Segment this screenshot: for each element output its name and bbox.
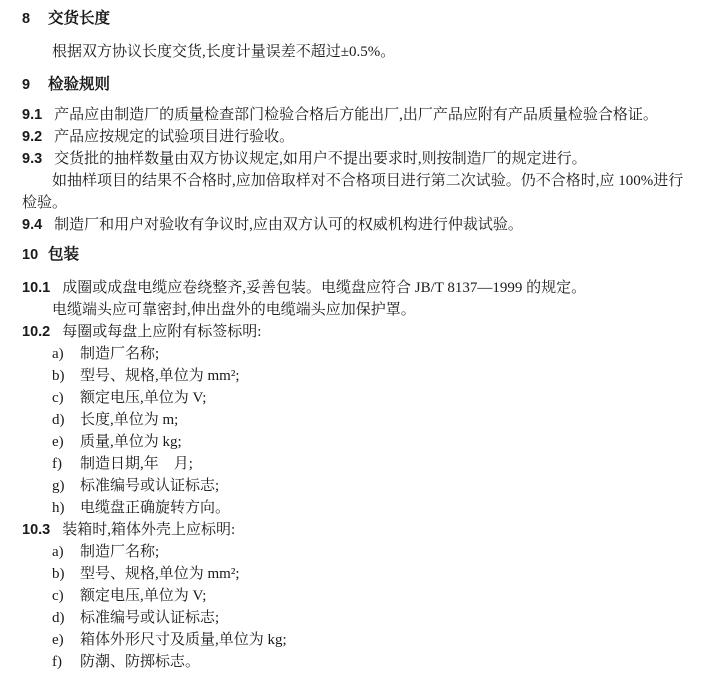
list-item: c) 额定电压,单位为 V; bbox=[22, 585, 697, 607]
clause-text: 制造厂和用户对验收有争议时,应由双方认可的权威机构进行仲裁试验。 bbox=[54, 214, 697, 236]
list-item-letter: g) bbox=[52, 475, 80, 497]
list-item-letter: h) bbox=[52, 497, 80, 519]
clause-number: 9.1 bbox=[22, 104, 42, 126]
list-item: b) 型号、规格,单位为 mm²; bbox=[22, 563, 697, 585]
list-item-text: 长度,单位为 m; bbox=[80, 409, 178, 431]
list-item-letter: b) bbox=[52, 563, 80, 585]
list-item-letter: d) bbox=[52, 409, 80, 431]
list-item-letter: f) bbox=[52, 453, 80, 475]
list-item-text: 质量,单位为 kg; bbox=[80, 431, 182, 453]
list-item: a) 制造厂名称; bbox=[22, 343, 697, 365]
list-item-letter: c) bbox=[52, 585, 80, 607]
list-item-text: 制造厂名称; bbox=[80, 343, 159, 365]
section-number: 8 bbox=[22, 8, 48, 30]
list-item-letter: a) bbox=[52, 541, 80, 563]
list-item-text: 电缆盘正确旋转方向。 bbox=[80, 497, 230, 519]
list-item-text: 型号、规格,单位为 mm²; bbox=[80, 365, 240, 387]
list-item-letter: a) bbox=[52, 343, 80, 365]
list-item: c) 额定电压,单位为 V; bbox=[22, 387, 697, 409]
paragraph: 根据双方协议长度交货,长度计量误差不超过±0.5%。 bbox=[22, 41, 697, 63]
clause: 9.1 产品应由制造厂的质量检查部门检验合格后方能出厂,出厂产品应附有产品质量检… bbox=[22, 104, 697, 126]
list-item: f) 制造日期,年 月; bbox=[22, 453, 697, 475]
clause-text: 产品应按规定的试验项目进行验收。 bbox=[54, 126, 697, 148]
list-item-text: 额定电压,单位为 V; bbox=[80, 387, 206, 409]
clause-text: 每圈或每盘上应附有标签标明: bbox=[62, 321, 697, 343]
list-item-letter: c) bbox=[52, 387, 80, 409]
list-item: a) 制造厂名称; bbox=[22, 541, 697, 563]
list-item: e) 箱体外形尺寸及质量,单位为 kg; bbox=[22, 629, 697, 651]
list-item-letter: f) bbox=[52, 651, 80, 673]
list-item-letter: b) bbox=[52, 365, 80, 387]
list-item-text: 型号、规格,单位为 mm²; bbox=[80, 563, 240, 585]
section-number: 10 bbox=[22, 244, 48, 266]
section-title: 交货长度 bbox=[48, 8, 110, 30]
section-title: 包装 bbox=[48, 244, 79, 266]
list-item: d) 标准编号或认证标志; bbox=[22, 607, 697, 629]
list-item: b) 型号、规格,单位为 mm²; bbox=[22, 365, 697, 387]
clause-text: 装箱时,箱体外壳上应标明: bbox=[62, 519, 697, 541]
list-item: e) 质量,单位为 kg; bbox=[22, 431, 697, 453]
clause-number: 10.3 bbox=[22, 519, 50, 541]
list-item: f) 防潮、防掷标志。 bbox=[22, 651, 697, 673]
clause-text: 产品应由制造厂的质量检查部门检验合格后方能出厂,出厂产品应附有产品质量检验合格证… bbox=[54, 104, 697, 126]
document-page: 8 交货长度 根据双方协议长度交货,长度计量误差不超过±0.5%。 9 检验规则… bbox=[0, 0, 719, 673]
list-item: g) 标准编号或认证标志; bbox=[22, 475, 697, 497]
list-item-text: 箱体外形尺寸及质量,单位为 kg; bbox=[80, 629, 287, 651]
clause-number: 9.2 bbox=[22, 126, 42, 148]
list-item-text: 标准编号或认证标志; bbox=[80, 607, 219, 629]
list-item-text: 额定电压,单位为 V; bbox=[80, 585, 206, 607]
clause-number: 9.4 bbox=[22, 214, 42, 236]
clause-number: 9.3 bbox=[22, 148, 42, 170]
list-item-letter: e) bbox=[52, 629, 80, 651]
list-item-text: 制造厂名称; bbox=[80, 541, 159, 563]
clause: 10.2 每圈或每盘上应附有标签标明: bbox=[22, 321, 697, 343]
section-heading: 9 检验规则 bbox=[22, 74, 697, 96]
list-item-text: 制造日期,年 月; bbox=[80, 453, 193, 475]
section-heading: 10 包装 bbox=[22, 244, 697, 266]
list-item-text: 防潮、防掷标志。 bbox=[80, 651, 200, 673]
list-item: d) 长度,单位为 m; bbox=[22, 409, 697, 431]
clause: 10.3 装箱时,箱体外壳上应标明: bbox=[22, 519, 697, 541]
section-heading: 8 交货长度 bbox=[22, 8, 697, 30]
list-item: h) 电缆盘正确旋转方向。 bbox=[22, 497, 697, 519]
clause: 9.4 制造厂和用户对验收有争议时,应由双方认可的权威机构进行仲裁试验。 bbox=[22, 214, 697, 236]
clause-text: 成圈或成盘电缆应卷绕整齐,妥善包装。电缆盘应符合 JB/T 8137—1999 … bbox=[62, 277, 697, 299]
clause: 9.2 产品应按规定的试验项目进行验收。 bbox=[22, 126, 697, 148]
section-number: 9 bbox=[22, 74, 48, 96]
clause: 9.3 交货批的抽样数量由双方协议规定,如用户不提出要求时,则按制造厂的规定进行… bbox=[22, 148, 697, 170]
section-title: 检验规则 bbox=[48, 74, 110, 96]
clause: 10.1 成圈或成盘电缆应卷绕整齐,妥善包装。电缆盘应符合 JB/T 8137—… bbox=[22, 277, 697, 299]
clause-number: 10.2 bbox=[22, 321, 50, 343]
clause-text: 交货批的抽样数量由双方协议规定,如用户不提出要求时,则按制造厂的规定进行。 bbox=[54, 148, 697, 170]
paragraph: 电缆端头应可靠密封,伸出盘外的电缆端头应加保护罩。 bbox=[22, 299, 697, 321]
list-item-text: 标准编号或认证标志; bbox=[80, 475, 219, 497]
paragraph: 如抽样项目的结果不合格时,应加倍取样对不合格项目进行第二次试验。仍不合格时,应 … bbox=[22, 170, 697, 214]
list-item-letter: d) bbox=[52, 607, 80, 629]
list-item-letter: e) bbox=[52, 431, 80, 453]
clause-number: 10.1 bbox=[22, 277, 50, 299]
